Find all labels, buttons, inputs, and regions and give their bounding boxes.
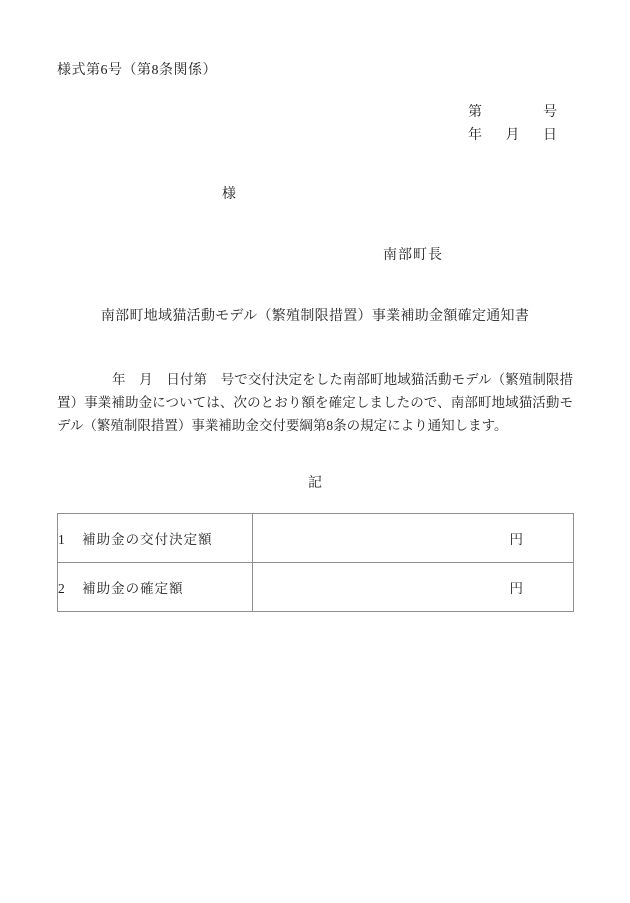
row-number: 1 — [58, 532, 65, 548]
body-line-2: 置）事業補助金については、次のとおり額を確定しましたので、南部町地域猫活動モ — [57, 391, 573, 414]
body-line-3: デル（繁殖制限措置）事業補助金交付要綱第8条の規定により通知します。 — [57, 414, 573, 437]
sender-title: 南部町長 — [383, 247, 443, 265]
body-line-1: 年 月 日付第 号で交付決定をした南部町地域猫活動モデル（繁殖制限措 — [57, 368, 573, 391]
form-number-label: 様式第6号（第8条関係） — [57, 62, 217, 80]
row-number: 2 — [58, 581, 65, 597]
day-label: 日 — [543, 124, 557, 147]
year-label: 年 — [468, 124, 482, 147]
notification-form-page: 様式第6号（第8条関係） 第 号 年 月 日 様 南部町長 南部町地域猫活動モデ… — [0, 0, 630, 903]
doc-number-suffix: 号 — [543, 101, 557, 124]
doc-number-line: 第 号 — [468, 101, 557, 124]
item-cell: 2 補助金の確定額 — [58, 563, 253, 612]
table-row: 1 補助金の交付決定額 円 — [58, 514, 574, 563]
document-title: 南部町地域猫活動モデル（繁殖制限措置）事業補助金額確定通知書 — [0, 308, 630, 326]
addressee-honorific: 様 — [222, 186, 236, 204]
unit-label: 円 — [510, 581, 524, 596]
amount-cell: 円 — [253, 514, 574, 563]
unit-label: 円 — [510, 532, 524, 547]
ki-heading: 記 — [0, 475, 630, 493]
table-row: 2 補助金の確定額 円 — [58, 563, 574, 612]
doc-number-prefix: 第 — [468, 101, 482, 124]
row-label: 補助金の確定額 — [82, 577, 184, 597]
amounts-table: 1 補助金の交付決定額 円 2 補助金の確定額 円 — [57, 513, 574, 612]
row-label: 補助金の交付決定額 — [82, 528, 213, 548]
amount-cell: 円 — [253, 563, 574, 612]
date-line: 年 月 日 — [468, 124, 557, 147]
item-cell: 1 補助金の交付決定額 — [58, 514, 253, 563]
doc-number-date-block: 第 号 年 月 日 — [468, 101, 557, 147]
month-label: 月 — [506, 124, 520, 147]
body-paragraph: 年 月 日付第 号で交付決定をした南部町地域猫活動モデル（繁殖制限措 置）事業補… — [57, 368, 573, 437]
